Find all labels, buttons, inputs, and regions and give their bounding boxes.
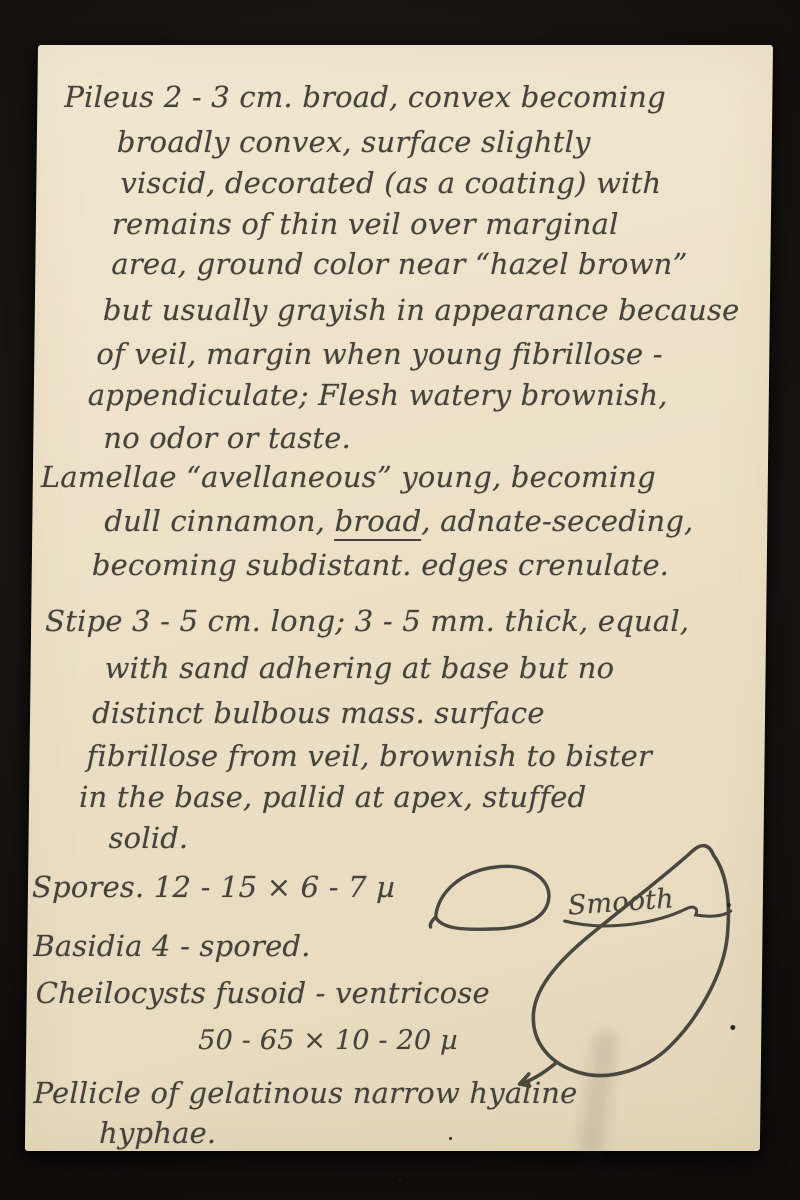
pileus-line: but usually grayish in appearance becaus… [103,290,740,330]
stipe-line: fibrillose from veil, brownish to bister [86,736,652,776]
pileus-line: Pileus 2 - 3 cm. broad, convex becoming [64,77,666,117]
smooth-annotation: Smooth [567,879,675,926]
cystidia-dimensions-line: 50 - 65 × 10 - 20 µ [198,1021,458,1061]
underlined-word: broad [334,504,421,541]
ink-speck [727,903,731,907]
lamellae-line: Lamellae “avellaneous” young, becoming [41,457,657,497]
pileus-line: broadly convex, surface slightly [117,122,591,162]
ink-speck [730,1025,735,1030]
cheilocysts-line: Cheilocysts fusoid - ventricose [36,973,491,1013]
handwritten-index-card: Pileus 2 - 3 cm. broad, convex becoming … [25,45,773,1151]
pileus-line: no odor or taste. [103,418,351,458]
stipe-line: in the base, pallid at apex, stuffed [79,777,587,817]
pileus-line: of veil, margin when young fibrillose - [96,334,663,374]
lamellae-line-pre: dull cinnamon, [104,504,335,538]
stipe-line: distinct bulbous mass. surface [92,693,545,733]
ink-speck [449,1137,452,1140]
pileus-line: area, ground color near “hazel brown” [111,244,688,284]
basidia-line: Basidia 4 - spored. [33,926,311,966]
pellicle-line: hyphae. [99,1113,217,1153]
stipe-line: Stipe 3 - 5 cm. long; 3 - 5 mm. thick, e… [45,601,690,641]
spores-line: Spores. 12 - 15 × 6 - 7 µ [32,867,396,907]
pellicle-line: Pellicle of gelatinous narrow hyaline [33,1073,577,1113]
pileus-line: viscid, decorated (as a coating) with [120,163,661,203]
lamellae-line: becoming subdistant. edges crenulate. [92,545,670,585]
graphite-smudge [577,1029,619,1156]
stipe-line: with sand adhering at base but no [104,648,614,688]
lamellae-line-post: , adnate-seceding, [421,504,694,538]
lamellae-line: dull cinnamon, broad, adnate-seceding, [104,501,694,541]
pileus-line: appendiculate; Flesh watery brownish, [88,375,668,415]
spore-sketch [430,866,549,929]
stipe-line: solid. [108,818,188,858]
pileus-line: remains of thin veil over marginal [112,204,619,244]
